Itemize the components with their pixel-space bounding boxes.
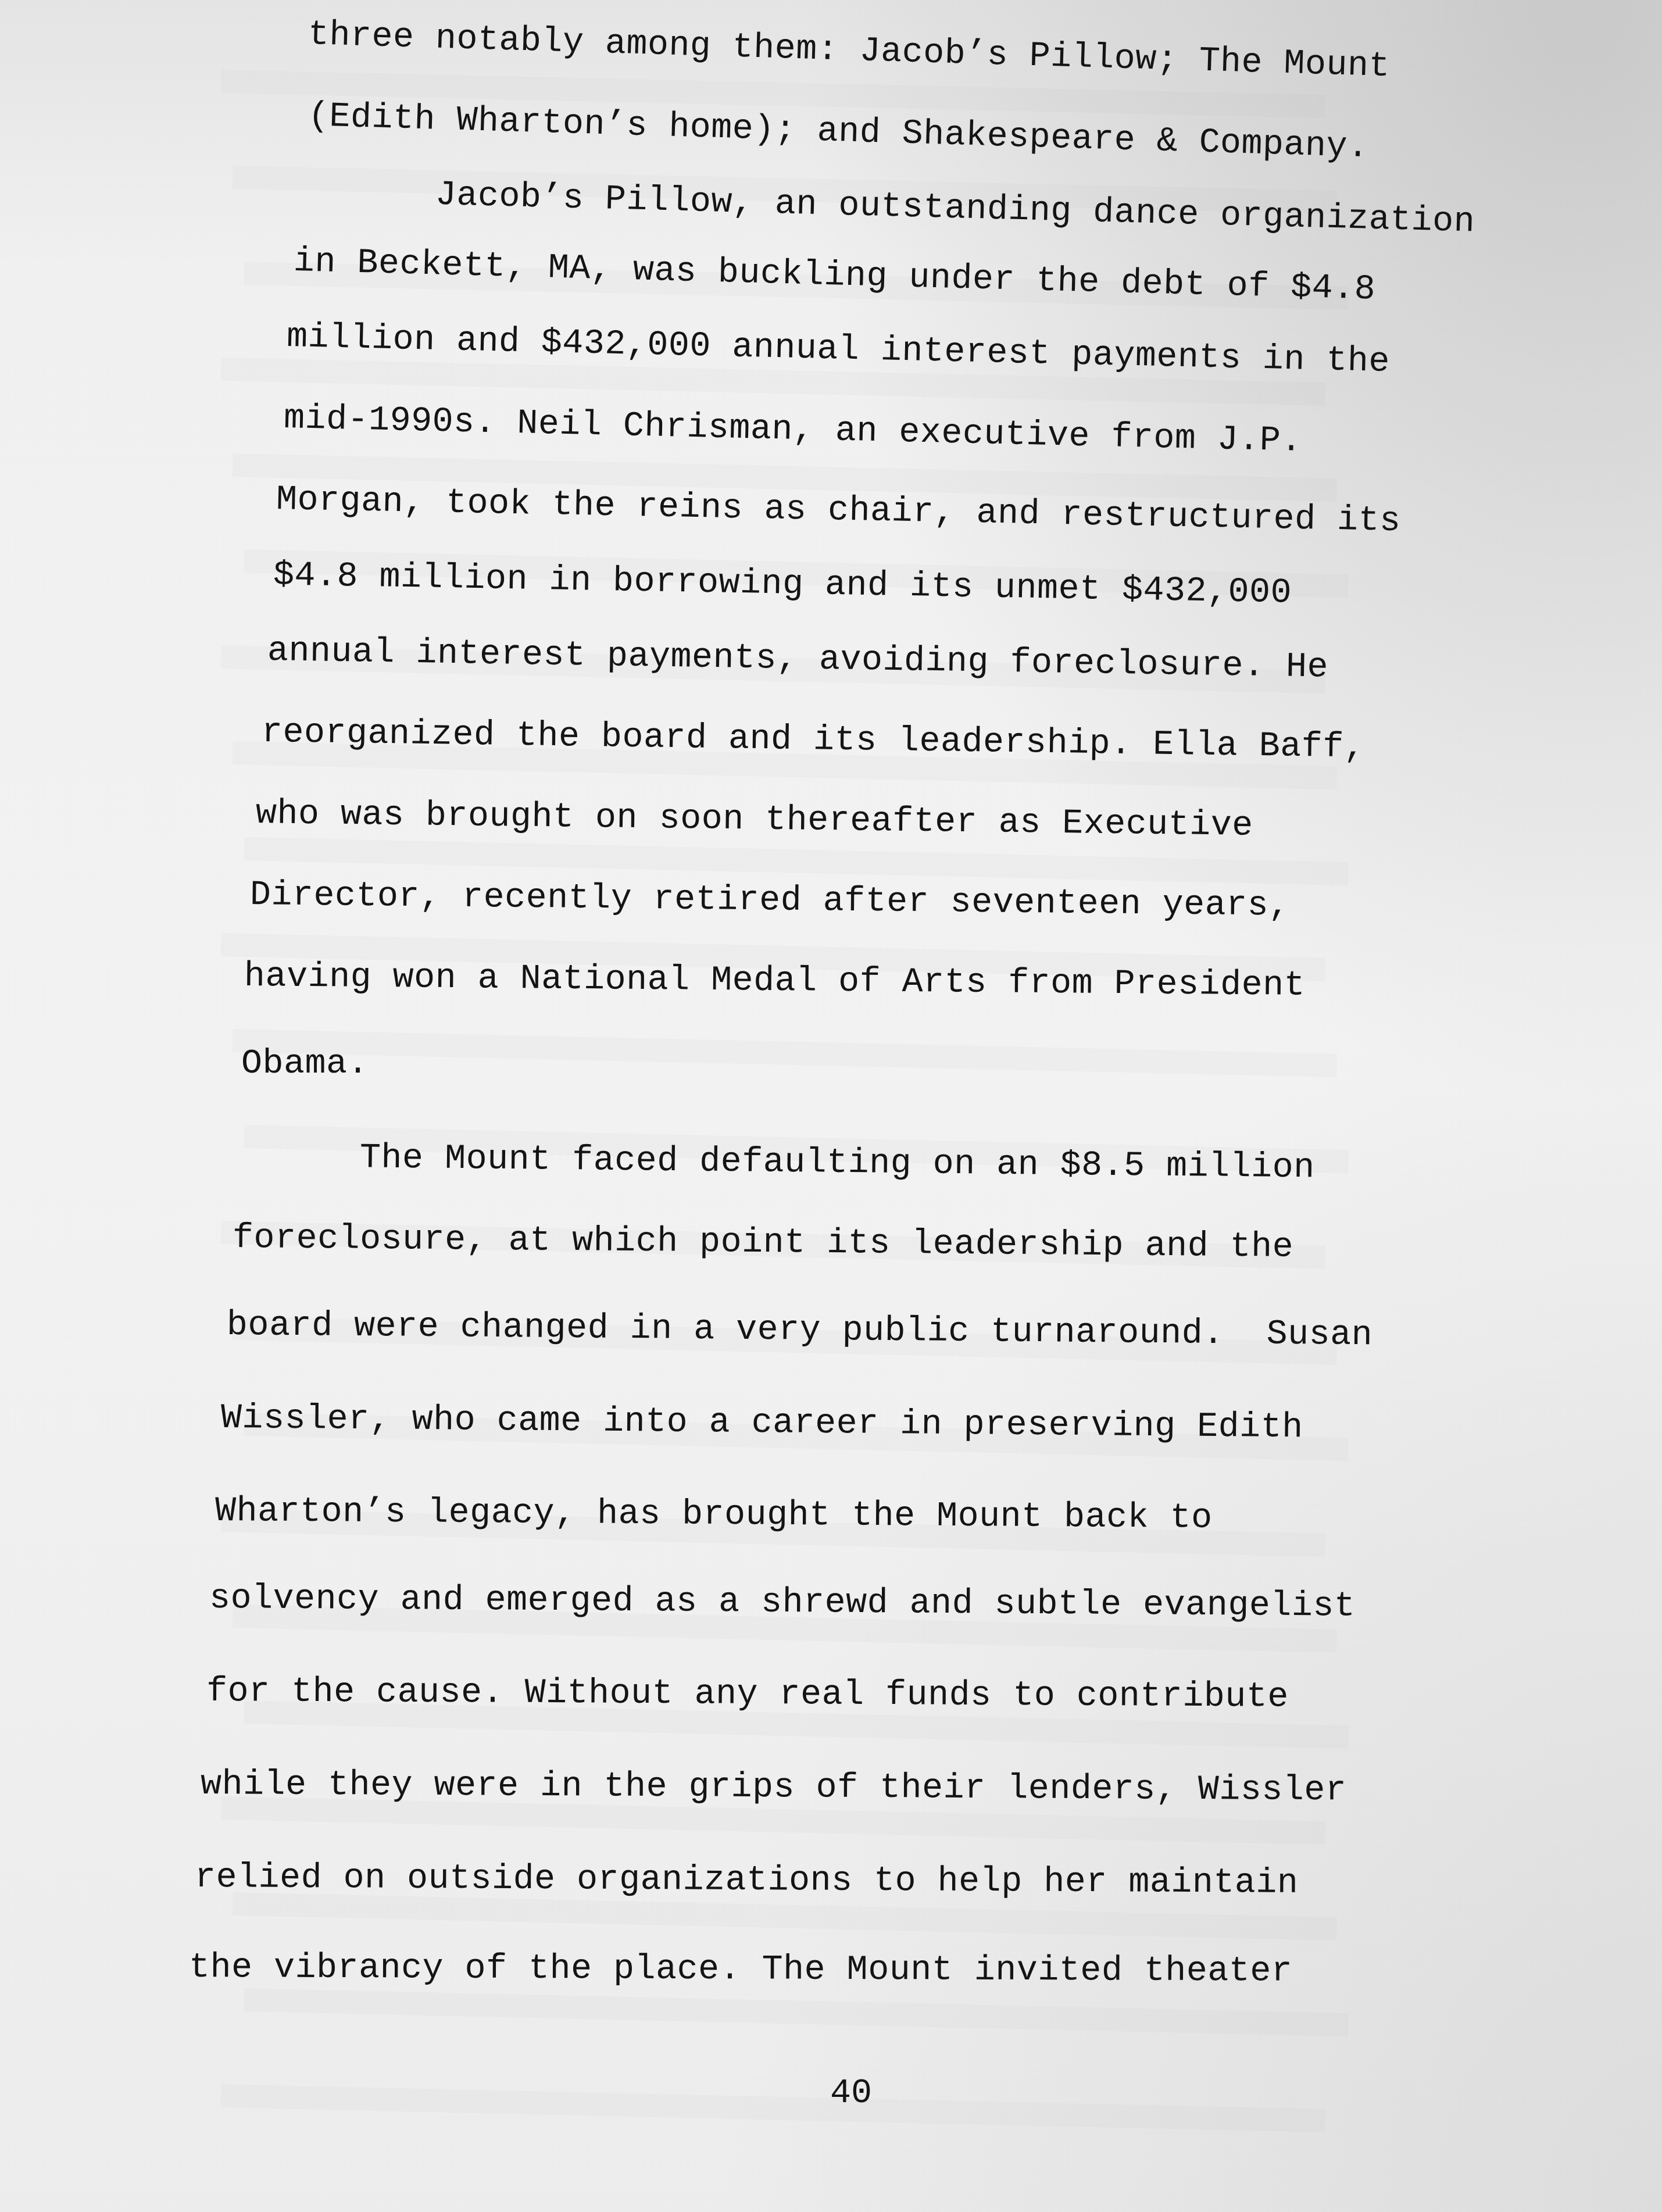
page-number: 40 (830, 2076, 872, 2111)
text-line: Morgan, took the reins as chair, and res… (276, 483, 1401, 539)
text-line: solvency and emerged as a shrewd and sub… (209, 1581, 1356, 1624)
text-line: foreclosure, at which point its leadersh… (233, 1221, 1294, 1265)
bleed-mark (244, 1988, 1349, 2036)
text-line: who was brought on soon thereafter as Ex… (256, 796, 1253, 844)
bleed-mark (221, 2084, 1325, 2132)
bleed-mark (233, 1029, 1337, 1077)
text-line: Obama. (241, 1046, 369, 1081)
text-line: Jacob’s Pillow, an outstanding dance org… (308, 174, 1475, 240)
text-line: for the cause. Without any real funds to… (206, 1674, 1289, 1715)
text-line: while they were in the grips of their le… (201, 1767, 1347, 1808)
text-line: mid-1990s. Neil Chrisman, an executive f… (283, 401, 1302, 459)
document-page: three notably among them: Jacob’s Pillow… (0, 0, 1662, 2212)
text-line: the vibrancy of the place. The Mount inv… (189, 1950, 1293, 1989)
text-line: Wissler, who came into a career in prese… (221, 1401, 1303, 1445)
text-line: Director, recently retired after sevente… (250, 878, 1290, 924)
text-line: million and $432,000 annual interest pay… (286, 320, 1390, 380)
text-line: Wharton’s legacy, has brought the Mount … (215, 1494, 1213, 1536)
text-line: board were changed in a very public turn… (227, 1308, 1373, 1353)
text-line: three notably among them: Jacob’s Pillow… (308, 17, 1391, 84)
text-line: in Beckett, MA, was buckling under the d… (293, 244, 1376, 308)
text-line: The Mount faced defaulting on an $8.5 mi… (233, 1139, 1315, 1185)
text-line: relied on outside organizations to help … (195, 1860, 1299, 1901)
text-line: annual interest payments, avoiding forec… (267, 634, 1329, 685)
text-line: (Edith Wharton’s home); and Shakespeare … (308, 99, 1369, 165)
text-line: $4.8 million in borrowing and its unmet … (273, 558, 1292, 611)
text-line: reorganized the board and its leadership… (262, 715, 1366, 765)
text-line: having won a National Medal of Arts from… (244, 959, 1306, 1003)
